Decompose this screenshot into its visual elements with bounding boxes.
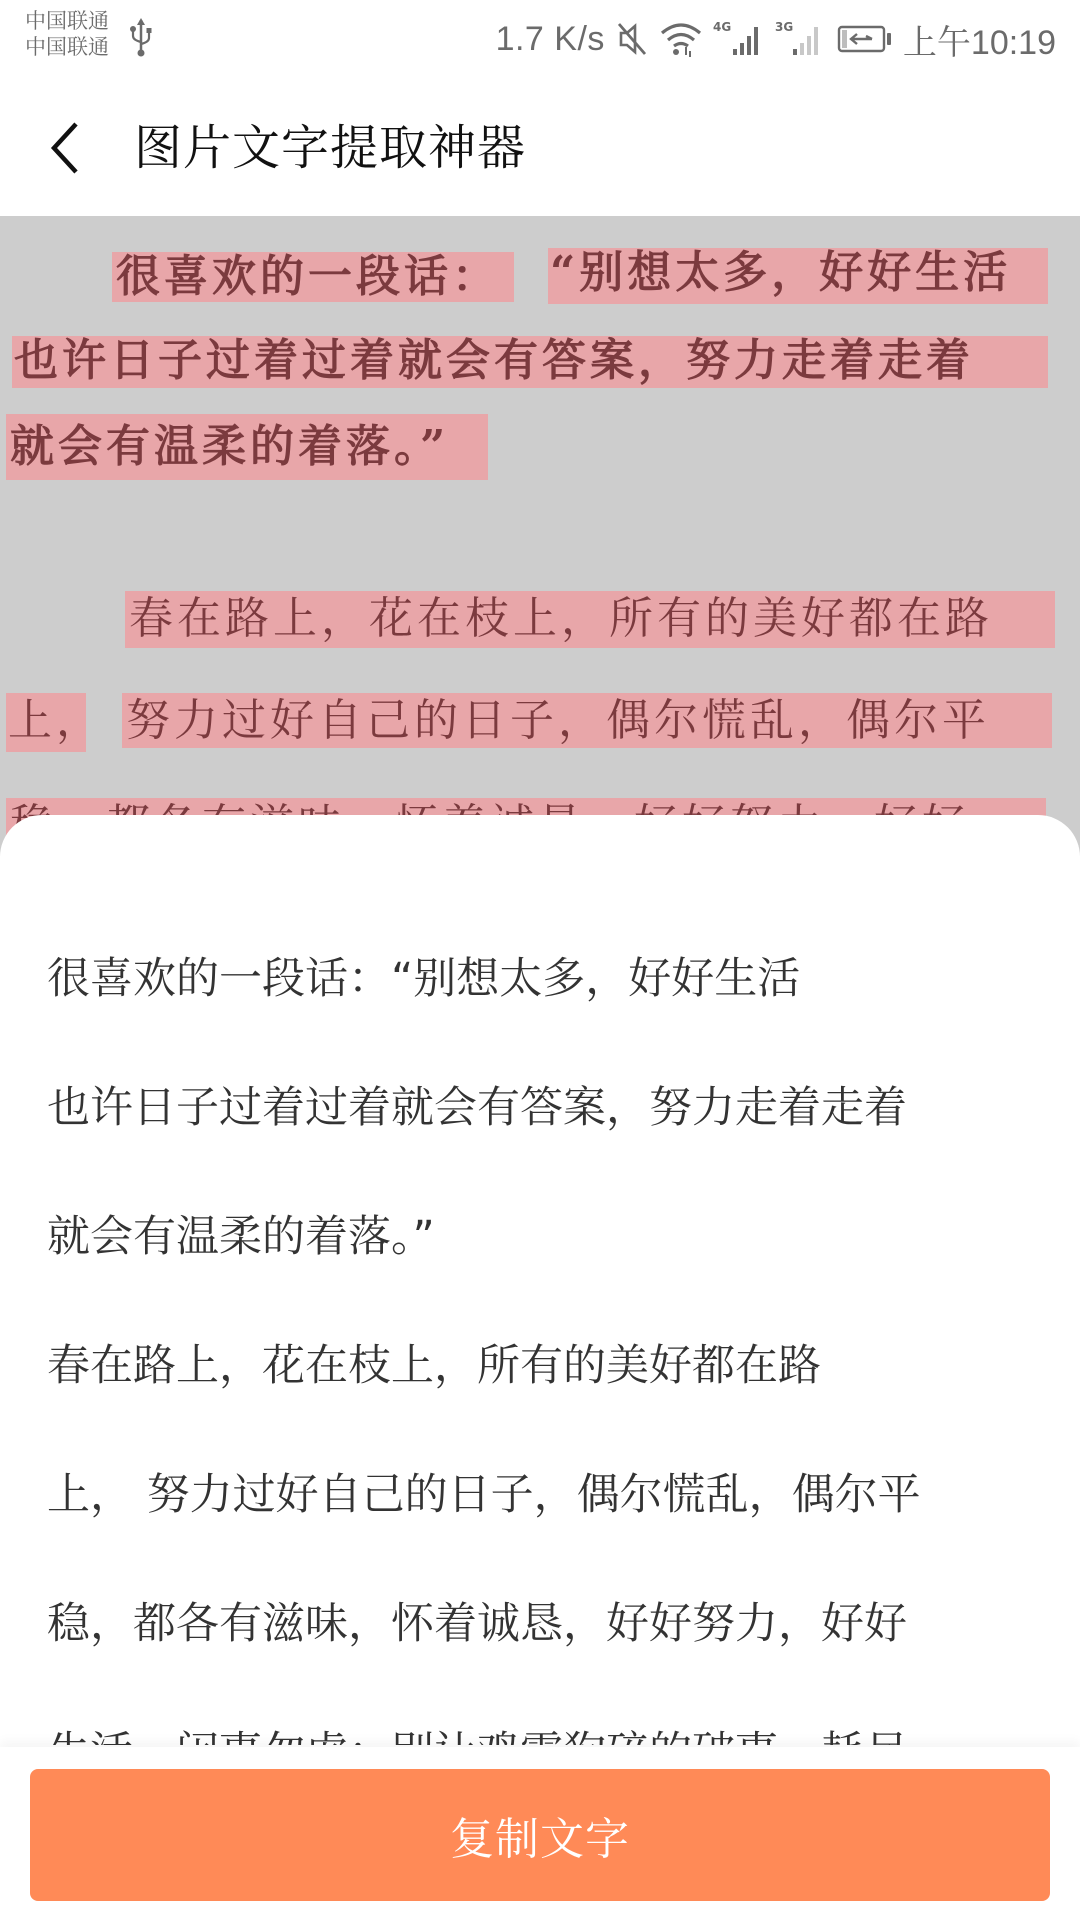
signal-4g-icon: 4G [713,19,765,59]
highlight-p2-l2a: 上， [6,693,86,752]
extracted-text[interactable]: 很喜欢的一段话：“别想太多，好好生活 也许日子过着过着就会有答案，努力走着走着 … [47,915,1047,1745]
sim2-network-type: 3G [775,20,793,34]
result-sheet: 很喜欢的一段话：“别想太多，好好生活 也许日子过着过着就会有答案，努力走着走着 … [0,815,1080,1920]
status-icons: 1.7 K/s 4G 3G [496,14,1056,64]
sim1-network-type: 4G [713,20,731,34]
result-line: 也许日子过着过着就会有答案，努力走着走着 [47,1044,1047,1173]
highlight-p1-l3: 就会有温柔的着落。” [6,414,488,480]
highlight-p1-l1a: 很喜欢的一段话： [112,252,514,302]
battery-charging-icon [837,22,893,56]
result-line: 上， 努力过好自己的日子，偶尔慌乱，偶尔平 [47,1431,1047,1560]
bottom-action-bar: 复制文字 [0,1747,1080,1920]
status-bar: 中国联通 中国联通 1.7 K/s 4G [0,0,1080,80]
signal-3g-icon: 3G [775,19,827,59]
network-speed: 1.7 K/s [496,20,605,59]
result-line: 很喜欢的一段话：“别想太多，好好生活 [47,915,1047,1044]
highlight-p2-l1: 春在路上，花在枝上，所有的美好都在路 [125,591,1055,648]
carrier-1: 中国联通 [25,8,109,34]
highlight-p1-l1b: “别想太多，好好生活 [548,248,1048,304]
source-image-preview: 很喜欢的一段话： “别想太多，好好生活 也许日子过着过着就会有答案，努力走着走着… [0,216,1080,856]
copy-text-button[interactable]: 复制文字 [30,1769,1050,1901]
page-title: 图片文字提取神器 [134,118,526,178]
result-line: 就会有温柔的着落。” [47,1173,1047,1302]
back-button[interactable] [38,110,92,186]
result-line: 春在路上，花在枝上，所有的美好都在路 [47,1302,1047,1431]
navbar: 图片文字提取神器 [0,80,1080,216]
carrier-labels: 中国联通 中国联通 [25,8,109,60]
highlight-p2-l2b: 努力过好自己的日子，偶尔慌乱，偶尔平 [122,693,1052,748]
clock: 上午10:19 [903,15,1056,64]
result-line: 稳，都各有滋味，怀着诚恳，好好努力，好好 [47,1560,1047,1689]
highlight-p1-l2: 也许日子过着过着就会有答案，努力走着走着 [12,336,1048,388]
mute-icon [615,21,649,57]
chevron-left-icon [48,120,82,176]
result-line: 生活，闲事勿虑；别让鸡零狗碎的破事，耗尽 [47,1689,1047,1745]
wifi-icon [659,21,703,57]
carrier-2: 中国联通 [25,34,109,60]
usb-icon [130,18,152,58]
